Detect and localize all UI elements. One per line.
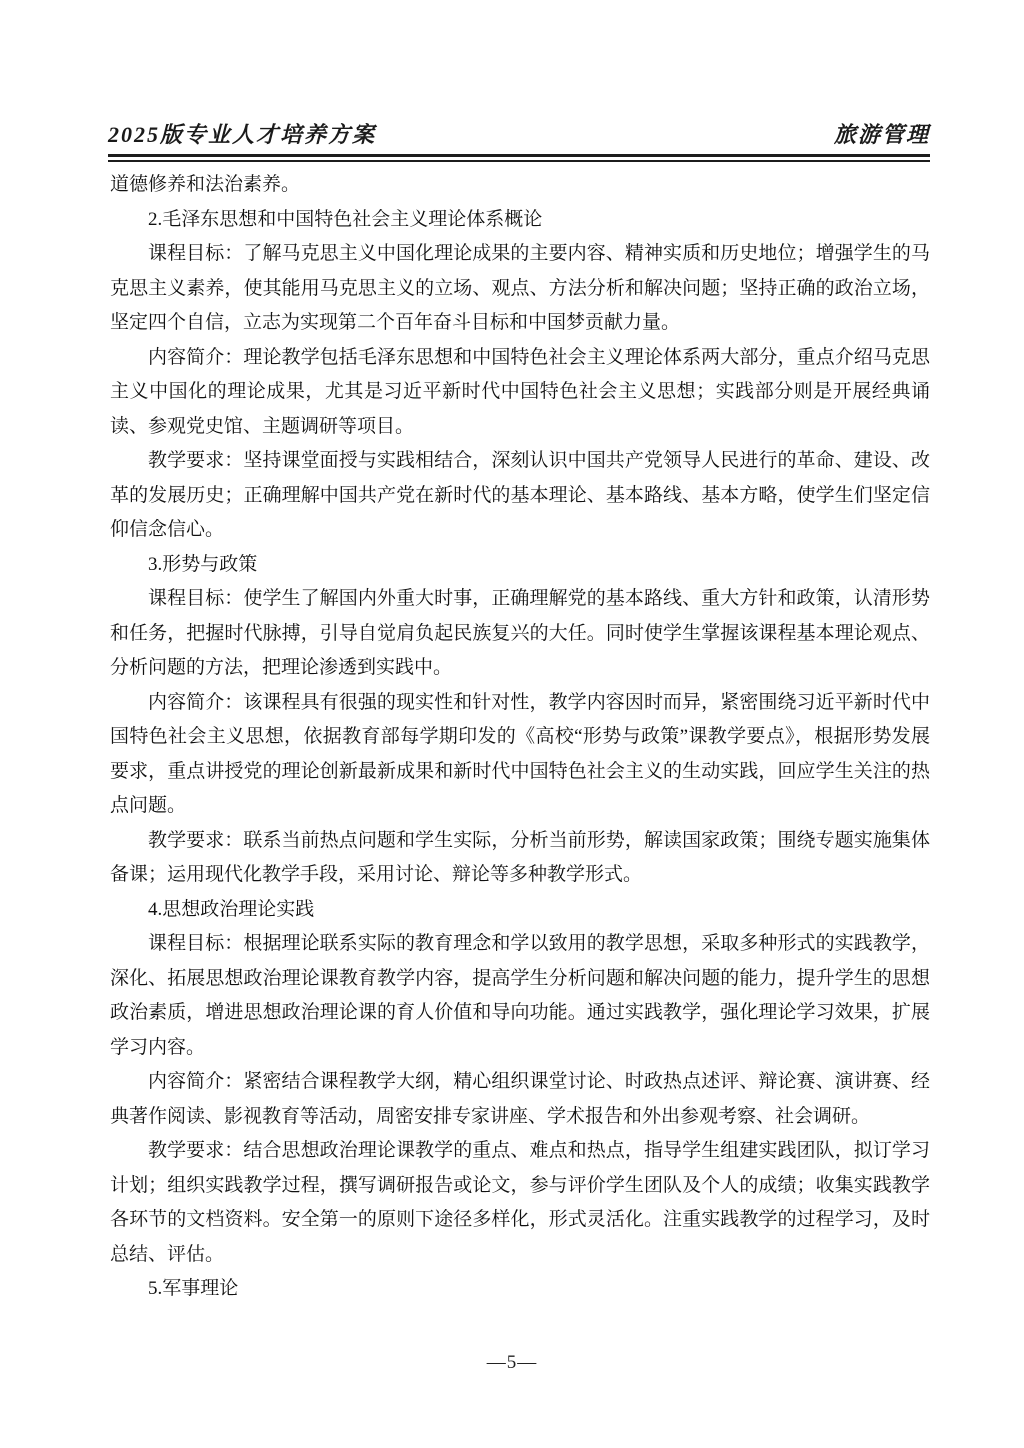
paragraph: 教学要求：联系当前热点问题和学生实际，分析当前形势，解读国家政策；围绕专题实施集…	[110, 824, 930, 893]
paragraph: 课程目标：了解马克思主义中国化理论成果的主要内容、精神实质和历史地位；增强学生的…	[110, 237, 930, 341]
page-header: 2025版专业人才培养方案 旅游管理	[108, 118, 930, 162]
document-body: 道德修养和法治素养。2.毛泽东思想和中国特色社会主义理论体系概论课程目标：了解马…	[110, 168, 930, 1307]
paragraph: 课程目标：根据理论联系实际的教育理念和学以致用的教学思想，采取多种形式的实践教学…	[110, 927, 930, 1065]
section-heading: 5.军事理论	[110, 1272, 930, 1307]
paragraph: 内容简介：该课程具有很强的现实性和针对性，教学内容因时而异，紧密围绕习近平新时代…	[110, 686, 930, 824]
paragraph: 教学要求：结合思想政治理论课教学的重点、难点和热点，指导学生组建实践团队，拟订学…	[110, 1134, 930, 1272]
paragraph: 内容简介：理论教学包括毛泽东思想和中国特色社会主义理论体系两大部分，重点介绍马克…	[110, 341, 930, 445]
header-major-name: 旅游管理	[834, 118, 930, 149]
section-heading: 3.形势与政策	[110, 548, 930, 583]
page-number: —5—	[487, 1352, 538, 1373]
section-heading: 4.思想政治理论实践	[110, 893, 930, 928]
paragraph: 内容简介：紧密结合课程教学大纲，精心组织课堂讨论、时政热点述评、辩论赛、演讲赛、…	[110, 1065, 930, 1134]
header-document-title: 2025版专业人才培养方案	[108, 118, 376, 149]
header-double-rule	[108, 154, 930, 162]
paragraph: 课程目标：使学生了解国内外重大时事，正确理解党的基本路线、重大方针和政策，认清形…	[110, 582, 930, 686]
page-footer: —5—	[0, 1352, 1024, 1374]
section-heading: 2.毛泽东思想和中国特色社会主义理论体系概论	[110, 203, 930, 238]
document-page: 2025版专业人才培养方案 旅游管理 道德修养和法治素养。2.毛泽东思想和中国特…	[0, 0, 1024, 1448]
paragraph: 教学要求：坚持课堂面授与实践相结合，深刻认识中国共产党领导人民进行的革命、建设、…	[110, 444, 930, 548]
paragraph: 道德修养和法治素养。	[110, 168, 930, 203]
